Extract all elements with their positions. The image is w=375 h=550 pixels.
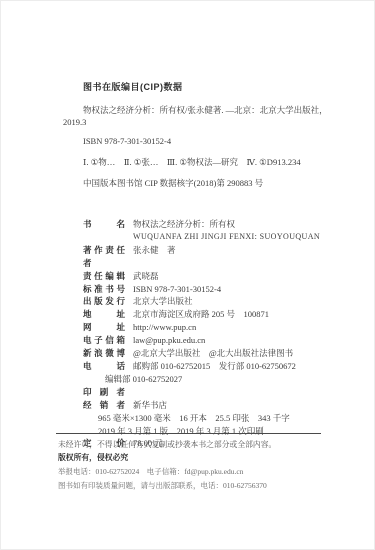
row-phone: 电话 邮购部 010-62752015 发行部 010-62750672 — [83, 360, 334, 373]
row-distributor: 经销者 新华书店 — [83, 399, 334, 412]
rights-statement: 版权所有，侵权必究 — [58, 452, 334, 463]
colophon-block: 书名 物权法之经济分析：所有权 WUQUANFA ZHI JINGJI FENX… — [83, 218, 334, 450]
print-quality-line: 图书如有印装质量问题，请与出版部联系，电话：010-62756370 — [58, 480, 334, 491]
edition-line: 2019 年 3 月第 1 版 2019 年 3 月第 1 次印刷 — [98, 425, 334, 438]
book-title: 物权法之经济分析：所有权 — [133, 218, 235, 231]
cip-header: 图书在版编目(CIP)数据 — [83, 81, 329, 93]
publisher-address: 北京市海淀区成府路 205 号 100871 — [133, 308, 269, 321]
book-title-pinyin: WUQUANFA ZHI JINGJI FENXI: SUOYOUQUAN — [133, 231, 334, 244]
row-title: 书名 物权法之经济分析：所有权 — [83, 218, 334, 231]
cip-classification: Ⅰ. ①物… Ⅱ. ①张… Ⅲ. ①物权法—研究 Ⅳ. ①D913.234 — [83, 156, 329, 168]
row-weibo-label: 新浪微博 — [83, 347, 125, 360]
footer-block: 未经许可，不得以任何方式复制或抄袭本书之部分或全部内容。 版权所有，侵权必究 举… — [58, 439, 334, 491]
row-phone-label: 电话 — [83, 360, 125, 373]
row-author-label: 著作责任者 — [83, 244, 125, 270]
row-publisher-label: 出版发行 — [83, 295, 125, 308]
copyright-page: 图书在版编目(CIP)数据 物权法之经济分析：所有权/张永健著. —北京：北京大… — [0, 0, 375, 550]
author-name: 张永健 著 — [133, 244, 176, 257]
publisher-email: law@pup.pku.edu.cn — [133, 334, 205, 347]
row-printer-label: 印刷者 — [83, 386, 125, 399]
row-weibo: 新浪微博 @北京大学出版社 @北大出版社法律图书 — [83, 347, 334, 360]
row-isbn-label: 标准书号 — [83, 283, 125, 296]
cip-description-line2: 2019.3 — [63, 117, 86, 127]
row-author: 著作责任者 张永健 著 — [83, 244, 334, 270]
distributor-name: 新华书店 — [133, 399, 167, 412]
row-address: 地址 北京市海淀区成府路 205 号 100871 — [83, 308, 334, 321]
row-website: 网址 http://www.pup.cn — [83, 321, 334, 334]
row-editor-label: 责任编辑 — [83, 270, 125, 283]
cip-isbn: ISBN 978-7-301-30152-4 — [83, 135, 329, 147]
row-publisher: 出版发行 北京大学出版社 — [83, 295, 334, 308]
row-title-label: 书名 — [83, 218, 125, 231]
publisher-website: http://www.pup.cn — [133, 321, 196, 334]
row-isbn: 标准书号 ISBN 978-7-301-30152-4 — [83, 283, 334, 296]
editor-name: 武晓磊 — [133, 270, 159, 283]
format-spec-line: 965 毫米×1300 毫米 16 开本 25.5 印张 343 千字 — [98, 412, 334, 425]
cip-description: 物权法之经济分析：所有权/张永健著. —北京：北京大学出版社， 2019.3 — [63, 104, 329, 128]
phone-line2: 编辑部 010-62752027 — [105, 373, 334, 386]
row-editor: 责任编辑 武晓磊 — [83, 270, 334, 283]
publisher-name: 北京大学出版社 — [133, 295, 193, 308]
copy-notice: 未经许可，不得以任何方式复制或抄袭本书之部分或全部内容。 — [58, 439, 334, 450]
row-website-label: 网址 — [83, 321, 125, 334]
report-contact-line: 举报电话：010-62752024 电子信箱：fd@pup.pku.edu.cn — [58, 466, 334, 477]
phone-line1: 邮购部 010-62752015 发行部 010-62750672 — [133, 360, 296, 373]
cip-record-number: 中国版本图书馆 CIP 数据核字(2018)第 290883 号 — [83, 177, 329, 189]
cip-description-line1: 物权法之经济分析：所有权/张永健著. —北京：北京大学出版社， — [83, 105, 328, 115]
row-email-label: 电子信箱 — [83, 334, 125, 347]
isbn-number: ISBN 978-7-301-30152-4 — [133, 283, 221, 296]
row-address-label: 地址 — [83, 308, 125, 321]
row-printer: 印刷者 — [83, 386, 334, 399]
row-email: 电子信箱 law@pup.pku.edu.cn — [83, 334, 334, 347]
row-distributor-label: 经销者 — [83, 399, 125, 412]
weibo-accounts: @北京大学出版社 @北大出版社法律图书 — [133, 347, 293, 360]
divider-rule — [56, 433, 321, 434]
cip-block: 图书在版编目(CIP)数据 物权法之经济分析：所有权/张永健著. —北京：北京大… — [58, 81, 329, 189]
